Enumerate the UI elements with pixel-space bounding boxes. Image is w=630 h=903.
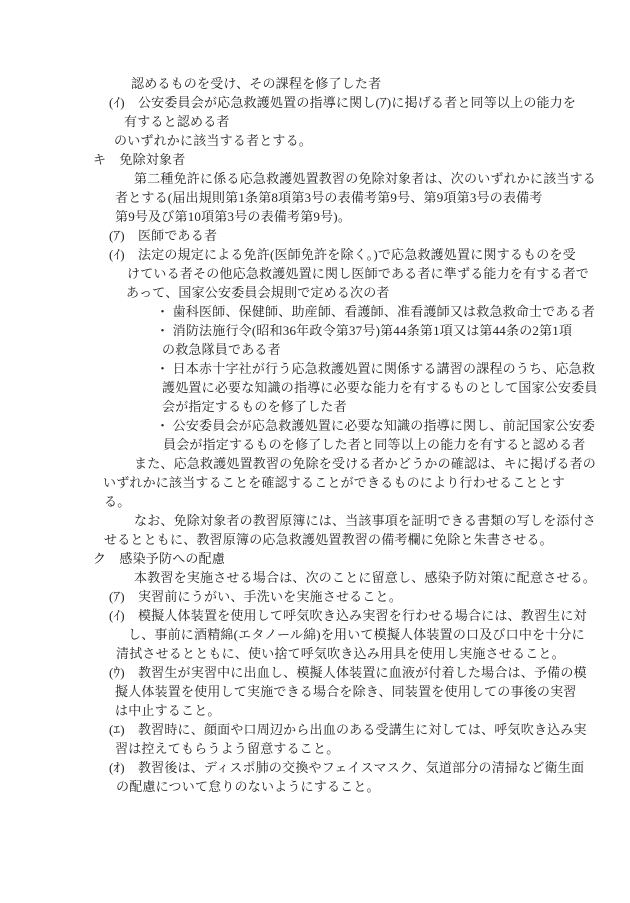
text-line: (ｳ) 教習生が実習中に出血し、模擬人体装置に血液が付着した場合は、予備の模	[0, 663, 630, 682]
text-line: なお、免除対象者の教習原簿には、当該事項を証明できる書類の写しを添付さ	[0, 511, 630, 530]
document-page: 認めるものを受け、その課程を修了した者(ｲ) 公安委員会が応急救護処置の指導に関…	[0, 0, 630, 903]
text-line: ・ 消防法施行令(昭和36年政令第37号)第44条第1項又は第44条の2第1項	[0, 321, 630, 340]
text-line: 清拭させるとともに、使い捨て呼気吹き込み用具を使用し実施させること。	[0, 644, 630, 663]
text-line: 第9号及び第10項第3号の表備考第9号)。	[0, 207, 630, 226]
text-line: の救急隊員である者	[0, 340, 630, 359]
text-line: (ｱ) 実習前にうがい、手洗いを実施させること。	[0, 587, 630, 606]
text-line: ク 感染予防への配慮	[0, 549, 630, 568]
text-line: ・ 公安委員会が応急救護処置に必要な知識の指導に関し、前記国家公安委	[0, 416, 630, 435]
text-line: せるとともに、教習原簿の応急救護処置教習の備考欄に免除と朱書させる。	[0, 530, 630, 549]
text-line: ・ 日本赤十字社が行う応急救護処置に関係する講習の課程のうち、応急救	[0, 359, 630, 378]
text-line: キ 免除対象者	[0, 150, 630, 169]
text-line: 者とする(届出規則第1条第8項第3号の表備考第9号、第9項第3号の表備考	[0, 188, 630, 207]
text-line: 第二種免許に係る応急救護処置教習の免除対象者は、次のいずれかに該当する	[0, 169, 630, 188]
text-line: 認めるものを受け、その課程を修了した者	[0, 74, 630, 93]
text-line: (ｱ) 医師である者	[0, 226, 630, 245]
text-line: (ｲ) 模擬人体装置を使用して呼気吹き込み実習を行わせる場合には、教習生に対	[0, 606, 630, 625]
text-line: 護処置に必要な知識の指導に必要な能力を有するものとして国家公安委員	[0, 378, 630, 397]
text-line: (ｲ) 法定の規定による免許(医師免許を除く。)で応急救護処置に関するものを受	[0, 245, 630, 264]
text-line: 員会が指定するものを修了した者と同等以上の能力を有すると認める者	[0, 435, 630, 454]
text-line: けている者その他応急救護処置に関し医師である者に準ずる能力を有する者で	[0, 264, 630, 283]
text-line: 擬人体装置を使用して実施できる場合を除き、同装置を使用しての事後の実習	[0, 682, 630, 701]
text-line: 会が指定するものを修了した者	[0, 397, 630, 416]
text-line: のいずれかに該当する者とする。	[0, 131, 630, 150]
text-line: (ｵ) 教習後は、ディスポ肺の交換やフェイスマスク、気道部分の清掃など衛生面	[0, 758, 630, 777]
text-line: あって、国家公安委員会規則で定める次の者	[0, 283, 630, 302]
text-line: いずれかに該当することを確認することができるものにより行わせることとす	[0, 473, 630, 492]
text-line: の配慮について怠りのないようにすること。	[0, 777, 630, 796]
text-line: 本教習を実施させる場合は、次のことに留意し、感染予防対策に配意させる。	[0, 568, 630, 587]
text-line: し、事前に酒精綿(エタノール綿)を用いて模擬人体装置の口及び口中を十分に	[0, 625, 630, 644]
text-line: また、応急救護処置教習の免除を受ける者かどうかの確認は、キに掲げる者の	[0, 454, 630, 473]
text-line: (ｲ) 公安委員会が応急救護処置の指導に関し(ｱ)に掲げる者と同等以上の能力を	[0, 93, 630, 112]
text-line: は中止すること。	[0, 701, 630, 720]
text-line: 習は控えてもらうよう留意すること。	[0, 739, 630, 758]
text-line: る。	[0, 492, 630, 511]
text-line: 有すると認める者	[0, 112, 630, 131]
text-line: ・ 歯科医師、保健師、助産師、看護師、准看護師又は救急救命士である者	[0, 302, 630, 321]
document-text-block: 認めるものを受け、その課程を修了した者(ｲ) 公安委員会が応急救護処置の指導に関…	[0, 74, 630, 796]
text-line: (ｴ) 教習時に、顔面や口周辺から出血のある受講生に対しては、呼気吹き込み実	[0, 720, 630, 739]
